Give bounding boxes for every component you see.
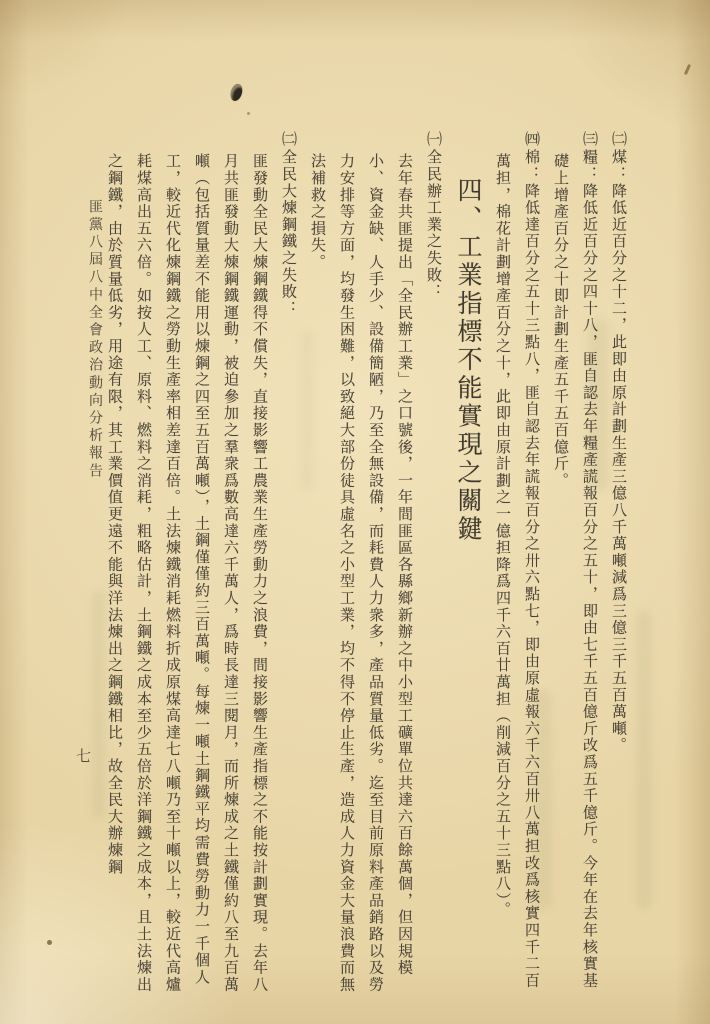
scanned-page: 匪黨八屆八中全會政治動向分析報告 七 ㈡煤：降低近百分之十二，此即由原計劃生產三… xyxy=(0,0,710,1024)
list-marker: ㈢ xyxy=(581,131,597,149)
ink-blot xyxy=(230,83,243,101)
ink-speck xyxy=(247,112,250,115)
paragraph-industry-failure: 去年春共匪提出「全民辦工業」之口號後，一年間匪區各縣鄉新辦之中小型工礦單位共達六… xyxy=(302,131,418,993)
subsection-title-steel: ㈡全民大煉鋼鐵之失敗： xyxy=(273,131,302,993)
list-item-text: 煤：降低近百分之十二，此即由原計劃生產三億八千萬噸減爲三億三千五百萬噸。 xyxy=(610,149,626,754)
subsection-title-text: 全民辦工業之失敗： xyxy=(425,149,441,300)
list-item-coal: ㈡煤：降低近百分之十二，此即由原計劃生產三億八千萬噸減爲三億三千五百萬噸。 xyxy=(603,131,632,993)
paper-fiber xyxy=(684,64,691,75)
section-heading: 四、工業指標不能實現之關鍵 xyxy=(447,131,487,993)
list-marker: ㈡ xyxy=(610,131,626,149)
list-item-text: 糧：降低近百分之四十八，匪自認去年糧產謊報百分之五十，即由七千五百億斤改爲五千億… xyxy=(552,149,597,989)
list-marker: ㈡ xyxy=(280,131,296,149)
page-number: 七 xyxy=(76,745,91,766)
paragraph-steel-failure: 匪發動全民大煉鋼鐵得不償失，直接影響工農業生產勞動力之浪費，間接影響生產指標之不… xyxy=(99,131,273,993)
list-item-cotton: ㈣棉：降低達百分之五十三點八，匪自認去年謊報百分之卅六點七，即由原虛報六千六百卅… xyxy=(487,131,545,993)
list-item-grain: ㈢糧：降低近百分之四十八，匪自認去年糧產謊報百分之五十，即由七千五百億斤改爲五千… xyxy=(545,131,603,993)
subsection-title-industry: ㈠全民辦工業之失敗： xyxy=(418,131,447,993)
list-item-text: 棉：降低達百分之五十三點八，匪自認去年謊報百分之卅六點七，即由原虛報六千六百卅八… xyxy=(494,149,539,989)
document-body: ㈡煤：降低近百分之十二，此即由原計劃生產三億八千萬噸減爲三億三千五百萬噸。 ㈢糧… xyxy=(99,131,632,993)
list-marker: ㈠ xyxy=(425,131,441,149)
ink-speck xyxy=(47,940,52,945)
list-marker: ㈣ xyxy=(523,131,539,149)
bleedthrough-smudge xyxy=(636,610,652,910)
subsection-title-text: 全民大煉鋼鐵之失敗： xyxy=(280,149,296,317)
